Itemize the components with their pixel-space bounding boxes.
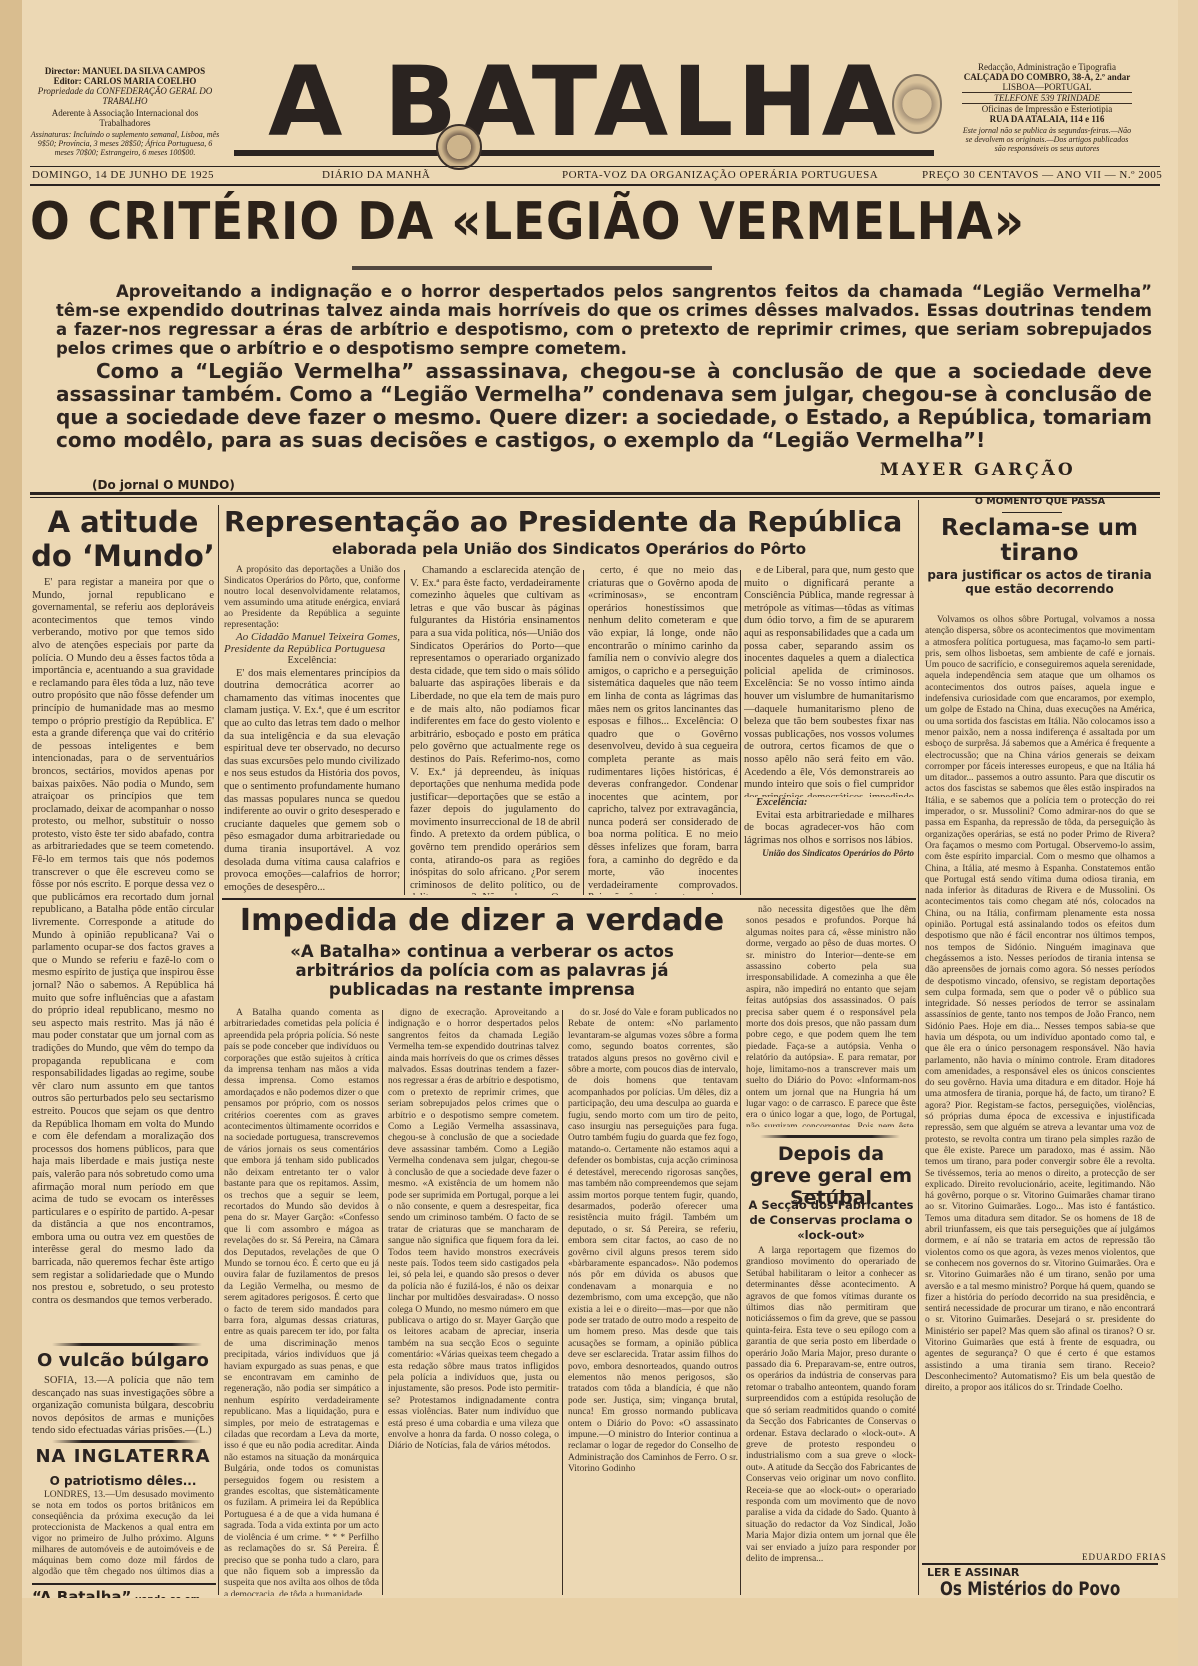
lead-source: (Do jornal O MUNDO) (92, 478, 235, 492)
representacao-col3-text: certo, é que no meio das criaturas que o… (588, 565, 738, 895)
greve-ornament (760, 1135, 900, 1138)
dateline-price: PREÇO 30 CENTAVOS — ANO VII — N.º 2005 (922, 169, 1162, 181)
ad-title: Os Mistérios do Povo (940, 1578, 1120, 1600)
masthead-seal-right (892, 74, 942, 134)
representacao-subtitle: elaborada pela União dos Sindicatos Oper… (332, 540, 922, 558)
tirano-subtitle: para justificar os actos de tirania que … (927, 568, 1152, 596)
representacao-salutation: Excelência: (224, 655, 400, 668)
column-divider-2 (918, 500, 919, 1595)
lead-bottom-rule (30, 492, 1160, 495)
masthead-title: A BATALHA (234, 52, 934, 152)
lead-author: MAYER GARÇÃO (880, 460, 1076, 480)
dateline-bottom-rule (30, 184, 1160, 186)
tirano-text: Volvamos os olhos sôbre Portugal, volvam… (925, 615, 1155, 1394)
lead-headline-underline (352, 266, 712, 270)
director-line: Director: MANUEL DA SILVA CAMPOS (30, 66, 220, 76)
greve-body: A larga reportagem que fizemos do grandi… (746, 1246, 916, 1596)
masthead-right-box: Redacção, Administração e Tipografia CAL… (962, 62, 1132, 153)
masthead-left-box: Director: MANUEL DA SILVA CAMPOS Editor:… (30, 66, 220, 157)
lead-headline: O CRITÉRIO DA «LEGIÃO VERMELHA» (30, 192, 1025, 252)
column-divider-rep-1 (404, 570, 405, 895)
inglaterra-ornament (52, 1440, 202, 1443)
greve-title-underline (802, 1193, 862, 1194)
column-divider-imp-2 (562, 1010, 563, 1595)
tirano-author: EDUARDO FRIAS (1082, 1552, 1167, 1562)
impedida-subtitle: «A Batalha» continua a verberar os actos… (247, 942, 717, 999)
dateline-motto: PORTA-VOZ DA ORGANIZAÇÃO OPERÁRIA PORTUG… (562, 169, 878, 181)
inglaterra-body: LONDRES, 13.—Um desusado movimento se no… (32, 1490, 214, 1578)
representacao-col1-text: E' dos mais elementares princípios da do… (224, 668, 400, 895)
impedida-col2: digno de execração. Aproveitando a indig… (388, 1008, 559, 1596)
vulcao-title: O vulcão búlgaro (30, 1350, 216, 1371)
representacao-col2: Chamando a esclarecida atenção de V. Ex.… (410, 565, 580, 895)
impedida-col1: A Batalha quando comenta as arbitrarieda… (224, 1008, 379, 1596)
subscriptions-line: Assinaturas: Incluindo o suplemento sema… (30, 130, 220, 157)
notice-line: Este jornal não se publica às segundas-f… (962, 126, 1132, 153)
representacao-col2-text: Chamando a esclarecida atenção de V. Ex.… (410, 565, 580, 895)
dateline-top-rule (30, 166, 1160, 167)
representacao-closing: Evitai esta arbitrariedade e milhares de… (744, 810, 914, 848)
phone-line: TELEFONE 539 TRINDADE (962, 92, 1132, 104)
dateline-type: DIÁRIO DA MANHÃ (322, 169, 430, 181)
representacao-col1: A propósito das deportações a União dos … (224, 565, 400, 895)
inglaterra-text: LONDRES, 13.—Um desusado movimento se no… (32, 1490, 214, 1578)
representacao-col4-text: e de Liberal, para que, num gesto que mu… (744, 565, 914, 797)
dateline-date: DOMINGO, 14 DE JUNHO DE 1925 (32, 169, 214, 181)
editor-line: Editor: CARLOS MARIA COELHO (30, 76, 220, 86)
column-divider-1 (218, 505, 219, 1595)
representacao-closing-heading: Excelência: (744, 797, 914, 810)
tirano-body: Volvamos os olhos sôbre Portugal, volvam… (925, 615, 1155, 1550)
impedida-col1-text: A Batalha quando comenta as arbitrarieda… (224, 1008, 379, 1596)
vulcao-ornament (52, 1343, 202, 1346)
newspaper-page: Director: MANUEL DA SILVA CAMPOS Editor:… (22, 0, 1178, 1666)
lead-paragraph-2: Como a “Legião Vermelha” assassinava, ch… (56, 360, 1152, 452)
representacao-signature: União dos Sindicatos Operários do Pôrto (744, 847, 914, 860)
column-divider-imp-1 (382, 1010, 383, 1595)
column-divider-rep-2 (583, 570, 584, 895)
representacao-addressee: Ao Cidadão Manuel Teixeira Gomes, Presid… (224, 631, 400, 655)
representacao-col3: certo, é que no meio das criaturas que o… (588, 565, 738, 895)
bottom-margin (22, 1598, 1178, 1666)
atitude-title: A atitude do ‘Mundo’ (30, 505, 216, 573)
atitude-body: E' para registar a maneira por que o Mun… (32, 577, 214, 1337)
representacao-col4: e de Liberal, para que, num gesto que mu… (744, 565, 914, 895)
impedida-col4: não necessita digestões que lhe dêm sono… (746, 905, 916, 1127)
tirano-kicker-rule (1002, 512, 1062, 513)
impedida-col2-text: digno de execração. Aproveitando a indig… (388, 1008, 559, 1453)
owner-line: Propriedade da CONFEDERAÇÃO GERAL DO TRA… (30, 86, 220, 106)
page-spine (0, 0, 23, 1666)
masthead-seal-center (436, 124, 482, 170)
atitude-title-line1: A atitude (30, 505, 216, 539)
tirano-title: Reclama-se um tirano (927, 516, 1152, 566)
inglaterra-subtitle: O patriotismo dêles... (30, 1474, 216, 1488)
ad-top-rule (922, 1563, 1158, 1565)
tirano-kicker: O MOMENTO QUE PASSA (922, 496, 1158, 507)
office-line: Redacção, Administração e Tipografia (962, 62, 1132, 72)
impedida-col3-text: do sr. José do Vale e foram publicados n… (568, 1008, 738, 1476)
greve-text: A larga reportagem que fizemos do grandi… (746, 1246, 916, 1565)
inglaterra-title: NA INGLATERRA (30, 1446, 216, 1467)
impedida-title: Impedida de dizer a verdade (222, 903, 742, 938)
representacao-bottom-rule (222, 898, 916, 900)
lead-paragraph-1: Aproveitando a indignação e o horror des… (56, 282, 1152, 358)
atitude-title-line2: do ‘Mundo’ (30, 539, 216, 573)
representacao-title: Representação ao Presidente da República (224, 505, 914, 538)
impedida-col4-text: não necessita digestões que lhe dêm sono… (746, 905, 916, 1127)
workshops-line: Oficinas de Impressão e Esteriotipia (962, 104, 1132, 114)
affiliation-line: Aderente à Associação Internacional dos … (30, 108, 220, 128)
vulcao-text: SOFIA, 13.—A polícia que não tem descanç… (32, 1375, 214, 1438)
masthead-rule (234, 150, 934, 156)
workshops-address-line: RUA DA ATALAIA, 114 e 116 (962, 114, 1132, 124)
vulcao-body: SOFIA, 13.—A polícia que não tem descanç… (32, 1375, 214, 1439)
column-divider-imp-3 (740, 1010, 741, 1595)
address-line: CALÇADA DO COMBRO, 38-A, 2.º andar (962, 72, 1132, 82)
representacao-intro: A propósito das deportações a União dos … (224, 565, 400, 631)
greve-subtitle: A Secção dos Fabricantes de Conservas pr… (746, 1198, 916, 1243)
atitude-text: E' para registar a maneira por que o Mun… (32, 577, 214, 1307)
column-divider-rep-3 (740, 570, 741, 895)
city-line: LISBOA—PORTUGAL (962, 82, 1132, 92)
impedida-col3: do sr. José do Vale e foram publicados n… (568, 1008, 738, 1596)
